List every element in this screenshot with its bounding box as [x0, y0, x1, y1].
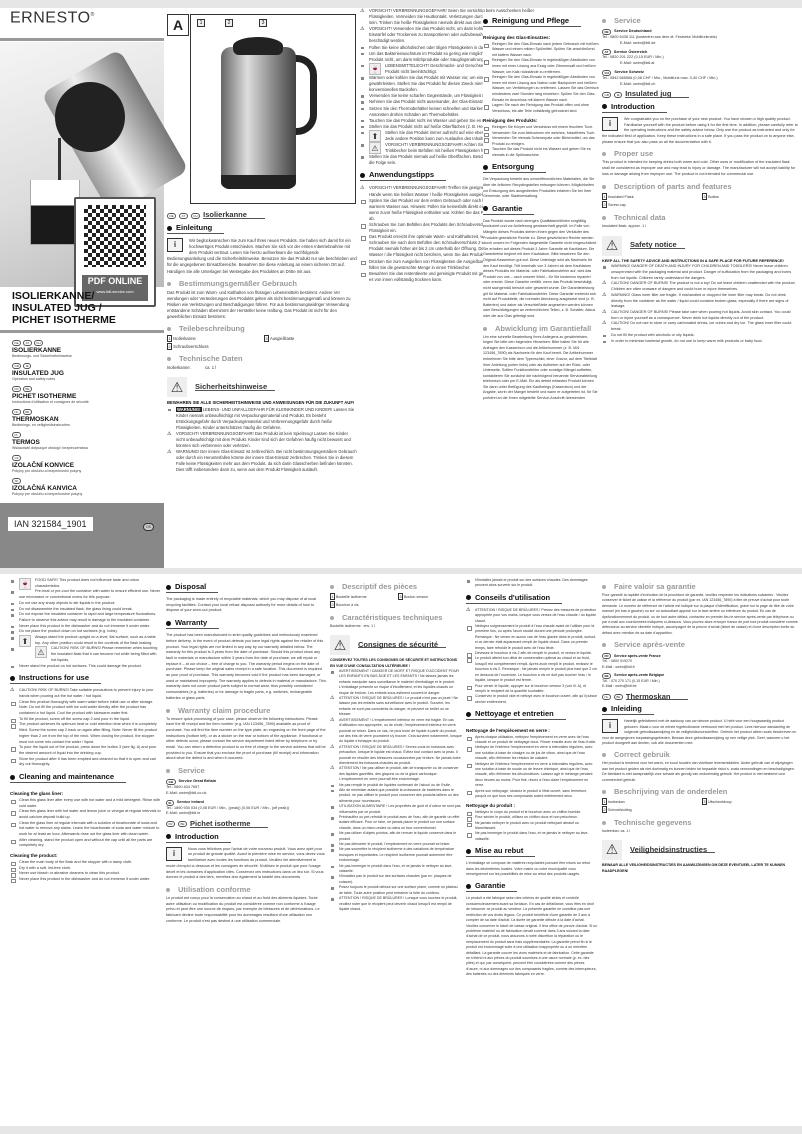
- list-item: CAUTION! DANGER OF BURNS! The product is…: [602, 281, 798, 292]
- list-item: To pour the liquid out of the product, p…: [10, 745, 162, 756]
- manual-page-2: 🍷FOOD SAFE! This product does not influe…: [0, 574, 802, 1126]
- email-link[interactable]: owim@lidl.be: [615, 684, 636, 688]
- list-item: Conservez le produit vide et nettoyé ave…: [466, 694, 598, 705]
- list-item: Ne jamais nettoyer le produit avec un pr…: [466, 821, 598, 832]
- heading-tech-nl: Technische gegevens: [602, 818, 798, 828]
- list-item: Après chaque utilisation, nettoyez l'emp…: [466, 735, 598, 746]
- heading-claim-en: Warranty claim procedure: [166, 706, 326, 716]
- de-en-column-4: Service DEService Deutschland Tel.: 0800…: [602, 12, 798, 562]
- list-item: CAUTION! RISK OF BURNS! Take suitable pr…: [10, 688, 162, 699]
- email-link[interactable]: owim@lidl.at: [633, 61, 655, 65]
- list-item: Nettoyez soigneusement le produit à l'ea…: [466, 624, 598, 651]
- heading-instructions-for-use: Instructions for use: [10, 673, 101, 684]
- list-item: WARNUNG! LEBENS- UND UNFALLGEFAHR FÜR KL…: [167, 407, 357, 431]
- list-item: Lagern Sie nach der Reinigung das Produk…: [483, 103, 599, 114]
- section-header-nl: NLBE Thermoskan: [602, 694, 798, 700]
- warning-triangle-icon: ⚠: [330, 635, 350, 655]
- info-icon: i: [602, 117, 618, 131]
- heading-warranty-fr: Garantie: [466, 881, 517, 892]
- parts-list-en: 1 Insulated Flask 3 Button 2 Screw cap: [602, 193, 798, 209]
- list-item: Tauchen Sie das Produkt nicht ins Wasser…: [483, 147, 599, 158]
- list-item: VORSICHT! VERBRENNUNGSGEFAHR! Das Produk…: [167, 431, 357, 449]
- service-entry-gb: GBService Great Britain Tel.: 0800 404 7…: [166, 779, 326, 796]
- heading-service-fr: Service après-vente: [602, 640, 798, 650]
- cover-title: ISOLIERKANNE/ INSULATED JUG / PICHET ISO…: [12, 290, 116, 326]
- list-item: AVERTISSEMENT ! DANGER DE MORT ET RISQUE…: [330, 669, 462, 696]
- warning-triangle-icon: ⚠: [167, 377, 187, 397]
- language-entry-en: GBIE INSULATED JUG Operation and safety …: [12, 363, 162, 382]
- list-item: Store the product after it has been empt…: [10, 757, 162, 768]
- callout-2: 2: [225, 19, 233, 27]
- safety-header-nl: ⚠ Veiligheidsinstructies: [602, 840, 798, 860]
- ian-number: IAN 321584_1901: [8, 517, 93, 531]
- glass-image: [30, 180, 80, 245]
- list-item: ATTENTION ! RISQUE DE BRÛLURES ! Prenez …: [466, 608, 598, 624]
- language-entry-nl: NLBE THERMOSKAN Bedienings- en veilighei…: [12, 409, 162, 428]
- language-entry-sk: SK IZOLAČNÁ KANVICA Pokyny pre obsluhu a…: [12, 478, 162, 497]
- heading-claim: Abwicklung im Garantiefall: [483, 324, 599, 334]
- language-list: DEATCH ISOLIERKANNE Bedienungs- und Sich…: [12, 340, 162, 501]
- list-item: CAUTION! DANGER OF BURNS! Please take ca…: [602, 310, 798, 321]
- heading-parts-en: Description of parts and features: [602, 182, 798, 192]
- warning-triangle-icon: ⚠: [602, 840, 622, 860]
- list-item: AVERTISSEMENT ! L'empiècement intérieur …: [330, 718, 462, 745]
- heading-use-nl: Correct gebruik: [602, 750, 798, 760]
- heading-inleiding: Inleiding: [602, 704, 654, 715]
- heading-claim-fr: Faire valoir sa garantie: [602, 582, 798, 592]
- fr-nl-column-5: Faire valoir sa garantie Pour garantir l…: [602, 578, 798, 874]
- heading-use: Bestimmungsgemäßer Gebrauch: [167, 279, 357, 289]
- list-item: Never place this product in the dishwash…: [10, 877, 162, 883]
- heading-use-fr: Utilisation conforme: [166, 885, 326, 895]
- heading-cleaning-fr: Nettoyage et entretien: [466, 709, 566, 720]
- heading-parts-fr: Descriptif des pièces: [330, 582, 462, 592]
- service-entry-fr: FRService après-vente France Tél. : 0800…: [602, 653, 798, 670]
- parts-list-fr: 1 Bouteille isotherme 3 Bouton verseur 2…: [330, 593, 462, 609]
- language-entry-fr: FRBE PICHET ISOTHERME Instructions d'uti…: [12, 386, 162, 405]
- divider: [0, 330, 164, 333]
- divider: [0, 38, 164, 41]
- language-entry-pl: PL TERMOS Wskazówki dotyczące obsługi i …: [12, 432, 162, 451]
- list-item: ⬆Always stand the product upright on a l…: [10, 635, 162, 646]
- heading-warranty-en: Warranty: [166, 618, 219, 629]
- list-item: Ne pas soumettre le récipient isotherme …: [330, 847, 462, 863]
- qr-code-icon: [84, 205, 146, 267]
- email-link[interactable]: owim@lidl.fr: [615, 665, 635, 669]
- list-item: Reinigen Sie den Glas-Einsatz nach jedem…: [483, 42, 599, 59]
- parts-list: 1 Isolierkanne 3 Ausgießtaste 2 Schraubv…: [167, 335, 357, 350]
- fr-column-3: Descriptif des pièces 1 Bouteille isothe…: [330, 578, 462, 912]
- list-item: Après son nettoyage, stockez le produit …: [466, 789, 598, 800]
- callout-1: 1: [197, 19, 205, 27]
- list-item: ⚠CAUTION! RISK OF BURNS! Please remember…: [10, 646, 162, 663]
- list-item: Afin de minimiser autant que possible la…: [330, 788, 462, 804]
- en-fr-column-2: Disposal The packaging is made entirely …: [166, 578, 326, 924]
- list-item: Verwenden Sie niemals Scheuerpatz oder B…: [483, 136, 599, 147]
- language-entry-cz: CZ IZOLAČNÍ KONVICE Pokyny pro obsluhu a…: [12, 455, 162, 474]
- list-item: Ne pas immerger le produit dans l'eau, e…: [330, 864, 462, 875]
- heading-parts-nl: Beschrijving van de onderdelen: [602, 787, 798, 797]
- upright-icon: ⬆: [19, 635, 31, 647]
- figure-label: A: [167, 14, 189, 36]
- list-item: Nettoyez de l'intérieur l'empiècement en…: [466, 745, 598, 761]
- heading-introduction-fr: Introduction: [166, 832, 231, 843]
- section-header-de: DEATCH Isolierkanne: [167, 212, 357, 219]
- heading-service: Service: [602, 16, 798, 26]
- info-icon: i: [166, 847, 182, 861]
- info-icon: i: [167, 238, 183, 252]
- food-safe-icon: 🍷: [19, 578, 31, 590]
- section-header-fr: FRBE Pichet isotherme: [166, 821, 326, 828]
- heading-cleaning: Reinigung und Pflege: [483, 16, 581, 27]
- email-link[interactable]: owim@lidl.de: [633, 41, 656, 45]
- list-item: Pour verser le liquide, appuyer sur le b…: [466, 684, 598, 695]
- heading-tips-fr: Conseils d'utilisation: [466, 593, 562, 604]
- list-item: Never stand the product on hot surfaces.…: [10, 664, 162, 670]
- list-item: UTILISATION ALIMENTAIRE ! Les propriétés…: [330, 804, 462, 815]
- de-column-3-content: Reinigung und Pflege Reinigung des Glas-…: [483, 12, 599, 562]
- safety-header-fr: ⚠ Consignes de sécurité: [330, 635, 462, 655]
- heading-tech-fr: Caractéristiques techniques: [330, 613, 462, 623]
- en-column-1: 🍷FOOD SAFE! This product does not influe…: [10, 578, 162, 883]
- jug-lid-image: [55, 82, 125, 152]
- list-item: 🍷FOOD SAFE! This product does not influe…: [10, 578, 162, 589]
- page-code: OS: [143, 523, 154, 531]
- list-item: Pre-heat or pre-cool the container with …: [10, 589, 162, 600]
- heading-warranty: Garantie: [483, 204, 534, 215]
- safety-header-en: ⚠ Safety notice: [602, 236, 798, 256]
- heading-parts: Teilebeschreibung: [167, 324, 357, 334]
- language-entry-de: DEATCH ISOLIERKANNE Bedienungs- und Sich…: [12, 340, 162, 359]
- safety-header: ⚠ Sicherheitshinweise: [167, 377, 357, 397]
- service-entry-at: ATService Österreich Tel.: 0820 201 222 …: [602, 49, 798, 66]
- service-entry-be: BEService après-vente Belgique Tél. : 07…: [602, 673, 798, 690]
- list-item: ATTENTION ! RISQUE DE BRÛLURES ! Servez-…: [330, 745, 462, 767]
- heading-service-en: Service: [166, 766, 326, 776]
- email-link[interactable]: owim@lidl.ie: [179, 811, 200, 815]
- warning-triangle-icon: ⚠: [369, 142, 381, 154]
- list-item: Clean this glass liner with hot water an…: [10, 809, 162, 820]
- list-item: N'installez pas le produit sur des surfa…: [330, 874, 462, 885]
- list-item: Reinigen Sie den Glas-Einsatz in regelmä…: [483, 75, 599, 103]
- heading-einleitung: Einleitung: [167, 223, 224, 234]
- email-link[interactable]: owim@lidl.co.uk: [179, 791, 207, 795]
- heading-tech-en: Technical data: [602, 213, 798, 223]
- heading-disposal: Entsorgung: [483, 162, 546, 173]
- service-entry-de: DEService Deutschland Tel.: 0800 5435 11…: [602, 29, 798, 46]
- info-icon: i: [602, 719, 618, 733]
- list-item: Clean the glass liner at regular interva…: [10, 821, 162, 838]
- list-item: CAUTION! Do not use to store or carry ca…: [602, 321, 798, 332]
- list-item: After cleaning, stand the product open a…: [10, 838, 162, 849]
- warning-triangle-icon: ⚠: [35, 646, 47, 658]
- heading-proper-use: Proper use: [602, 149, 798, 159]
- list-item: Clean this glass liner after every use w…: [10, 798, 162, 809]
- list-item: Posez toujours le produit debout sur une…: [330, 885, 462, 896]
- heading-tips: Anwendungstipps: [360, 170, 446, 181]
- email-link[interactable]: owim@lidl.ch: [633, 82, 655, 86]
- jug-lid-image: [233, 37, 283, 55]
- food-safe-icon: 🍷: [369, 63, 381, 75]
- list-item: ATTENTION ! RISQUE DE BRÛLURES ! Lorsque…: [330, 896, 462, 912]
- list-item: Ne pas utiliser d'objets pointus, afin d…: [330, 831, 462, 842]
- jug-base-image: [221, 175, 296, 189]
- list-item: Ne pas immerger le produit dans l'eau, e…: [466, 831, 598, 842]
- parts-list-nl: 1 Isoleerkan 3 Uitschenkknop 2 Schroefsl…: [602, 798, 798, 814]
- brand-logo: ERNESTO®: [10, 12, 95, 21]
- ian-footer: IAN 321584_1901 OS: [0, 503, 164, 568]
- list-item: WARNING! Glass inner filler are fragile.…: [602, 293, 798, 310]
- list-item: The product achieves its optimum heat or…: [10, 722, 162, 745]
- list-item: ATTENTION ! Ne pas utiliser le produit, …: [330, 766, 462, 782]
- list-item: Clean this product thoroughly with warm …: [10, 700, 162, 717]
- list-item: WARNUNG! Der innere Glas-Einsatz ist zer…: [167, 449, 357, 473]
- product-photo: PDF ONLINE www.lidl-service.com: [0, 42, 164, 287]
- list-item: Reinigen Sie den Glas-Einsatz in regelmä…: [483, 58, 599, 75]
- heading-introduction: Introduction: [602, 102, 667, 113]
- list-item: Do not expose the insulated container to…: [10, 612, 162, 623]
- service-entry-ie: IEService Ireland Tel.: 1890 930 034 (0,…: [166, 800, 326, 817]
- heading-tech: Technische Daten: [167, 354, 357, 364]
- list-item: ATTENTION ! RISQUE DE BRÛLURES ! Le prod…: [330, 696, 462, 718]
- figure-a: 1 2 3: [190, 14, 356, 204]
- cover-panel: ERNESTO® PDF ONLINE www.lidl-service.com…: [0, 8, 164, 568]
- callout-3: 3: [259, 19, 267, 27]
- de-column-1: DEATCH Isolierkanne Einleitung iWir begl…: [167, 208, 357, 474]
- heading-disposal-en: Disposal: [166, 582, 218, 593]
- list-item: Préchauffez ou pré-refroidir le produit …: [330, 815, 462, 831]
- list-item: Le produit atteint son délai de conserva…: [466, 656, 598, 683]
- list-item: N'installez jamais le produit sur des su…: [466, 578, 598, 589]
- list-item: WARNING! DANGER OF DEATH AND INJURY FOR …: [602, 264, 798, 281]
- warning-triangle-icon: ⚠: [602, 236, 622, 256]
- heading-cleaning-en: Cleaning and maintenance: [10, 772, 126, 783]
- list-item: Nettoyez de l'intérieur l'empiècement en…: [466, 762, 598, 789]
- fr-column-4: N'installez jamais le produit sur des su…: [466, 578, 598, 978]
- service-entry-ch: CHService Schweiz Tel.: 0842 665566 (0,0…: [602, 70, 798, 87]
- section-header-en: GBIE Insulated jug: [602, 91, 798, 98]
- upright-icon: ⬆: [369, 130, 381, 142]
- heading-disposal-fr: Mise au rebut: [466, 846, 535, 857]
- list-item: In order to minimise bacterial growth, d…: [602, 339, 798, 345]
- jug-body-image: [221, 47, 296, 187]
